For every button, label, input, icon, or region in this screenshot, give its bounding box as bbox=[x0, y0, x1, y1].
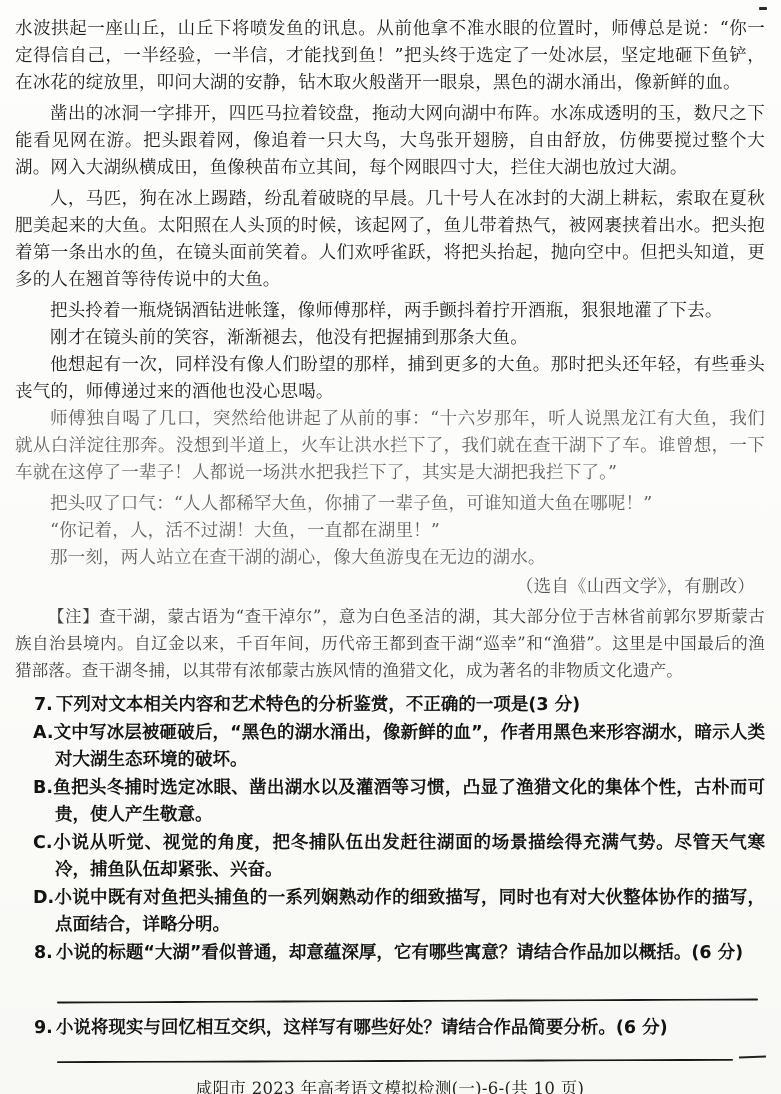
question-7-option-b: B.鱼把头冬捕时选定冰眼、凿出湖水以及灌酒等习惯，凸显了渔猎文化的集体个性，古朴… bbox=[15, 775, 765, 830]
question-7-text: 下列对文本相关内容和艺术特色的分析鉴赏，不正确的一项是(3 分) bbox=[56, 695, 580, 715]
question-7-option-c: C.小说从听觉、视觉的角度，把冬捕队伍出发赶往湖面的场景描绘得充满气势。尽管天气… bbox=[15, 830, 765, 885]
story-paragraph: 他想起有一次，同样没有像人们盼望的那样，捕到更多的大鱼。那时把头还年轻，有些垂头… bbox=[15, 352, 765, 406]
question-7: 7.下列对文本相关内容和艺术特色的分析鉴赏，不正确的一项是(3 分) bbox=[15, 692, 765, 720]
questions-section: 7.下列对文本相关内容和艺术特色的分析鉴赏，不正确的一项是(3 分) A.文中写… bbox=[15, 692, 765, 1063]
question-9-text: 小说将现实与回忆相互交织，这样写有哪些好处？请结合作品简要分析。(6 分) bbox=[56, 1018, 668, 1038]
story-paragraph: 那一刻，两人站立在查干湖的湖心，像大鱼游曳在无边的湖水。 bbox=[15, 545, 765, 572]
question-9-number: 9. bbox=[34, 1018, 53, 1038]
question-8: 8.小说的标题“大湖”看似普通，却意蕴深厚，它有哪些寓意？请结合作品加以概括。(… bbox=[15, 940, 765, 968]
exam-page: 水波拱起一座山丘，山丘下将喷发鱼的讯息。从前他拿不准水眼的位置时，师傅总是说：“… bbox=[0, 0, 781, 1094]
answer-area-rule-2 bbox=[15, 1060, 765, 1063]
page-footer: 咸阳市 2023 年高考语文模拟检测(一)-6-(共 10 页) bbox=[15, 1076, 765, 1094]
scan-artifact-dash bbox=[739, 1055, 766, 1058]
answer-area-rule bbox=[57, 998, 758, 1003]
story-section: 水波拱起一座山丘，山丘下将喷发鱼的讯息。从前他拿不准水眼的位置时，师傅总是说：“… bbox=[15, 16, 765, 572]
question-9: 9.小说将现实与回忆相互交织，这样写有哪些好处？请结合作品简要分析。(6 分) bbox=[15, 1015, 765, 1043]
scan-artifact-speck bbox=[759, 7, 767, 10]
editor-note: 【注】查干湖，蒙古语为“查干淖尔”，意为白色圣洁的湖，其大部分位于吉林省前郭尔罗… bbox=[15, 603, 765, 684]
story-paragraph: 人，马匹，狗在冰上踢踏，纷乱着破晓的早晨。几十号人在冰封的大湖上耕耘，索取在夏秋… bbox=[15, 186, 765, 294]
story-paragraph: 把头叹了口气：“人人都稀罕大鱼，你捕了一辈子鱼，可谁知道大鱼在哪呢！” bbox=[15, 491, 765, 518]
story-paragraph: “你记着，人，活不过湖！大鱼，一直都在湖里！” bbox=[15, 518, 765, 545]
story-paragraph: 师傅独自喝了几口，突然给他讲起了从前的事：“十六岁那年，听人说黑龙江有大鱼，我们… bbox=[15, 406, 765, 487]
question-8-number: 8. bbox=[34, 943, 53, 963]
question-7-number: 7. bbox=[34, 695, 53, 715]
story-paragraph: 水波拱起一座山丘，山丘下将喷发鱼的讯息。从前他拿不准水眼的位置时，师傅总是说：“… bbox=[15, 16, 765, 97]
question-7-option-a: A.文中写冰层被砸破后，“黑色的湖水涌出，像新鲜的血”，作者用黑色来形容湖水，暗… bbox=[15, 720, 765, 775]
story-paragraph: 刚才在镜头前的笑容，渐渐褪去，他没有把握捕到那条大鱼。 bbox=[15, 325, 765, 352]
story-paragraph: 把头拎着一瓶烧锅酒钻进帐篷，像师傅那样，两手颤抖着拧开酒瓶，狠狠地灌了下去。 bbox=[15, 298, 765, 325]
question-7-option-d: D.小说中既有对鱼把头捕鱼的一系列娴熟动作的细致描写，同时也有对大伙整体协作的描… bbox=[15, 885, 765, 940]
question-8-text: 小说的标题“大湖”看似普通，却意蕴深厚，它有哪些寓意？请结合作品加以概括。(6 … bbox=[56, 943, 743, 963]
story-paragraph: 凿出的冰洞一字排开，四匹马拉着铰盘，拖动大网向湖中布阵。水冻成透明的玉，数尺之下… bbox=[15, 101, 765, 182]
source-attribution: （选自《山西文学》，有删改） bbox=[15, 574, 765, 601]
